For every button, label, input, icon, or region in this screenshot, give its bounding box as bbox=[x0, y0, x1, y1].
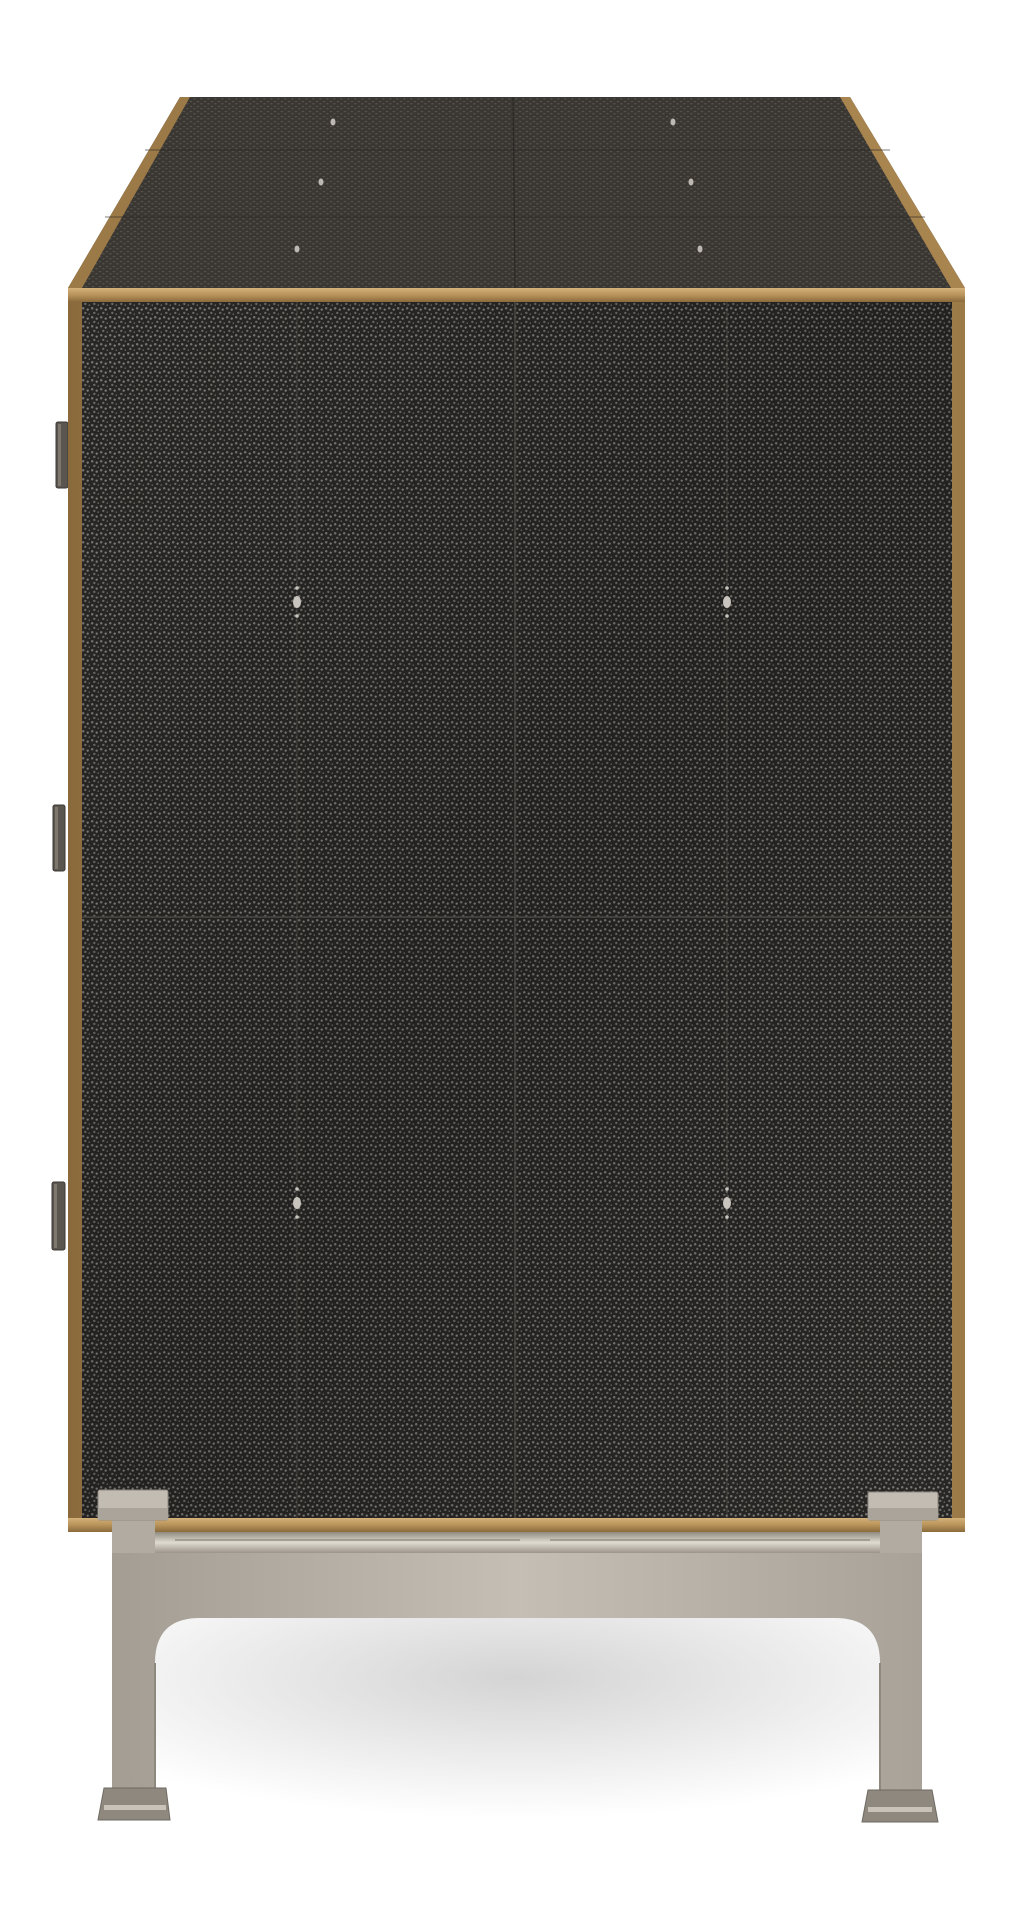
product-photo bbox=[0, 0, 1018, 1920]
floor-shadow bbox=[150, 1618, 885, 1818]
drawer-handle-icon bbox=[53, 805, 65, 871]
right-foot bbox=[862, 1790, 938, 1822]
cabinet-illustration bbox=[0, 0, 1018, 1920]
drawer-handle-icon bbox=[52, 1182, 65, 1250]
drawer-handle-icon bbox=[56, 422, 68, 488]
right-leg-upright bbox=[880, 1520, 922, 1553]
left-foot bbox=[98, 1788, 170, 1820]
shagreen-side-panel bbox=[82, 302, 952, 1518]
drawer-handles bbox=[52, 422, 68, 1250]
cabinet-top-surface bbox=[68, 97, 965, 288]
stretcher-lip bbox=[155, 1532, 880, 1553]
